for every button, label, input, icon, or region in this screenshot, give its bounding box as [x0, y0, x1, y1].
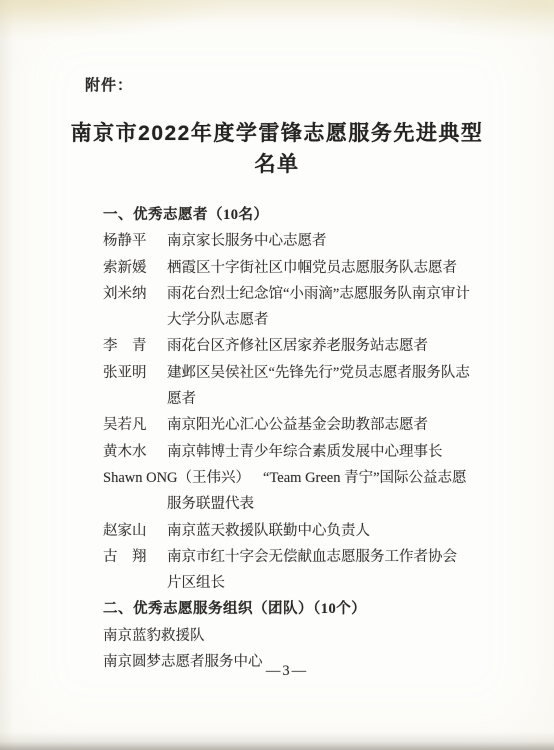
volunteer-role: 南京家长服务中心志愿者 — [167, 233, 327, 249]
organization-entry: 南京蓝豹救援队 — [103, 623, 471, 649]
volunteer-role: 雨花台区齐修社区居家养老服务站志愿者 — [167, 338, 428, 354]
volunteer-name: Shawn ONG（王伟兴） — [103, 465, 250, 491]
volunteer-entry: 赵家山南京蓝天救援队联勤中心负责人 — [103, 518, 471, 544]
document-title: 南京市2022年度学雷锋志愿服务先进典型 名单 — [40, 118, 514, 180]
volunteer-name: 杨静平 — [103, 228, 167, 254]
volunteer-role: 南京蓝天救援队联勤中心负责人 — [167, 523, 370, 539]
volunteer-entry: Shawn ONG（王伟兴）“Team Green 青宁”国际公益志愿服务联盟代… — [103, 465, 471, 518]
volunteer-entry: 黄木水南京韩博士青少年综合素质发展中心理事长 — [103, 439, 471, 465]
volunteer-entry: 杨静平南京家长服务中心志愿者 — [103, 228, 471, 254]
volunteer-entry: 李 青雨花台区齐修社区居家养老服务站志愿者 — [103, 333, 471, 359]
volunteer-entry: 张亚明建邺区吴侯社区“先锋先行”党员志愿者服务队志愿者 — [103, 360, 471, 413]
volunteer-entry: 古 翔南京市红十字会无偿献血志愿服务工作者协会片区组长 — [103, 544, 471, 597]
volunteer-role: 雨花台烈士纪念馆“小雨滴”志愿服务队南京审计大学分队志愿者 — [167, 286, 470, 328]
volunteer-role: 南京市红十字会无偿献血志愿服务工作者协会片区组长 — [167, 549, 457, 591]
volunteer-entry: 刘米纳雨花台烈士纪念馆“小雨滴”志愿服务队南京审计大学分队志愿者 — [103, 281, 471, 334]
section1-heading: 一、优秀志愿者（10名） — [103, 202, 471, 228]
volunteer-name: 吴若凡 — [103, 412, 167, 438]
volunteer-role: 建邺区吴侯社区“先锋先行”党员志愿者服务队志愿者 — [167, 365, 470, 407]
volunteer-name: 赵家山 — [103, 518, 167, 544]
volunteer-entry: 索新媛栖霞区十字街社区巾帼党员志愿服务队志愿者 — [103, 255, 471, 281]
volunteer-name: 张亚明 — [103, 360, 167, 386]
document-title-line2: 名单 — [40, 149, 514, 180]
volunteer-role: 南京阳光心汇心公益基金会助教部志愿者 — [167, 417, 428, 433]
volunteer-name: 黄木水 — [103, 439, 167, 465]
volunteer-name: 索新媛 — [103, 255, 167, 281]
document-title-line1: 南京市2022年度学雷锋志愿服务先进典型 — [40, 118, 514, 149]
scanned-document-page: 附件： 南京市2022年度学雷锋志愿服务先进典型 名单 一、优秀志愿者（10名）… — [0, 0, 554, 750]
volunteer-name: 刘米纳 — [103, 281, 167, 307]
volunteer-role: 栖霞区十字街社区巾帼党员志愿服务队志愿者 — [167, 260, 457, 276]
volunteer-name: 古 翔 — [103, 544, 167, 570]
page-number: —3— — [103, 663, 471, 680]
attachment-label: 附件： — [85, 74, 133, 95]
document-body: 一、优秀志愿者（10名） 杨静平南京家长服务中心志愿者 索新媛栖霞区十字街社区巾… — [103, 202, 471, 675]
volunteer-role: 南京韩博士青少年综合素质发展中心理事长 — [167, 444, 443, 460]
volunteer-name: 李 青 — [103, 333, 167, 359]
volunteer-entry: 吴若凡南京阳光心汇心公益基金会助教部志愿者 — [103, 412, 471, 438]
section2-heading: 二、优秀志愿服务组织（团队）（10个） — [103, 596, 471, 622]
